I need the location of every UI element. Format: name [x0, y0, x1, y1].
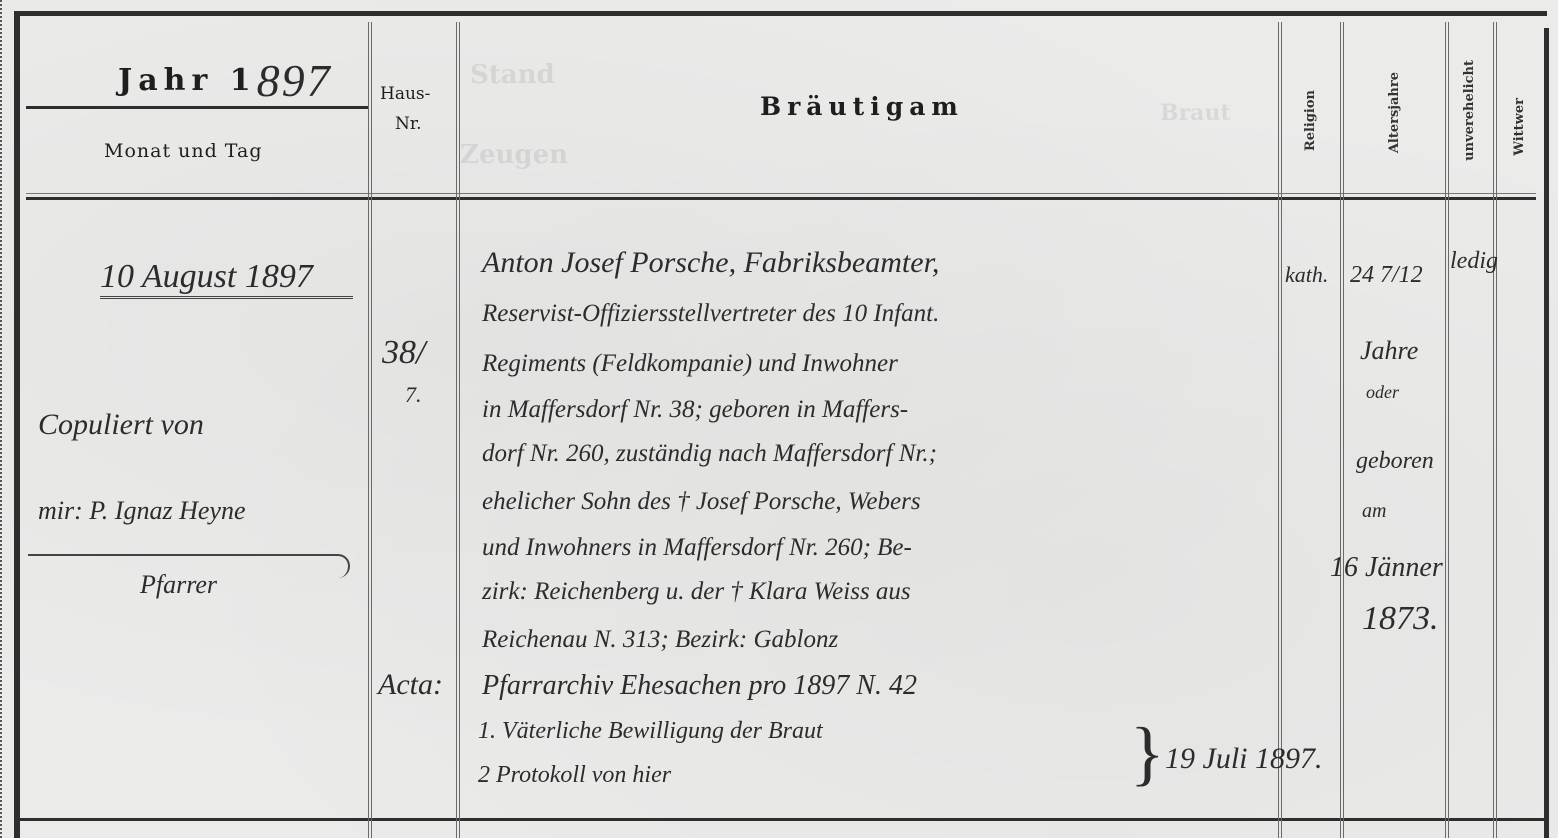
house-label-2: Nr. [395, 114, 422, 134]
col-divider-date [368, 22, 372, 838]
officiant-line-2: mir: P. Ignaz Heyne [38, 496, 245, 526]
groom-column-label: Bräutigam [760, 92, 964, 121]
age-line-2: oder [1366, 382, 1399, 403]
age-value: 24 7/12 [1350, 262, 1423, 289]
religion-label: Religion [1303, 90, 1318, 151]
top-border [17, 11, 1547, 16]
acta-item-2: 2 Protokoll von hier [478, 762, 671, 789]
status-value: ledig [1450, 248, 1498, 275]
groom-line-6: ehelicher Sohn des † Josef Porsche, Webe… [482, 488, 921, 516]
year-handwritten: 897 [257, 55, 332, 106]
age-line-6: 1873. [1362, 600, 1439, 638]
groom-line-5: dorf Nr. 260, zuständig nach Maffersdorf… [482, 440, 937, 468]
marriage-date: 10 August 1897 [100, 258, 353, 299]
age-line-3: geboren [1356, 448, 1434, 475]
officiant-line-1: Copuliert von [38, 408, 204, 442]
header-divider [26, 197, 1536, 200]
house-label-1: Haus- [380, 84, 430, 104]
widower-label: Wittwer [1512, 98, 1527, 156]
scan-edge [0, 0, 6, 838]
left-border [14, 11, 20, 838]
col-divider-age [1340, 22, 1344, 838]
date-column-label: Monat und Tag [104, 140, 263, 162]
year-heading: Jahr 1897 [118, 48, 332, 101]
groom-line-8: zirk: Reichenberg u. der † Klara Weiss a… [482, 578, 911, 606]
groom-line-1: Anton Josef Porsche, Fabriksbeamter, [482, 246, 939, 280]
ghost-text-stand: Stand [470, 60, 555, 90]
unmarried-label: unverehelicht [1462, 60, 1477, 161]
acta-item-1: 1. Väterliche Bewilligung der Braut [478, 718, 823, 745]
ghost-text-braut: Braut [1160, 100, 1231, 126]
groom-line-4: in Maffersdorf Nr. 38; geboren in Maffer… [482, 396, 908, 424]
groom-line-2: Reservist-Offiziersstellvertreter des 10… [482, 300, 939, 328]
acta-line: Pfarrarchiv Ehesachen pro 1897 N. 42 [482, 670, 917, 702]
age-label: Altersjahre [1387, 72, 1402, 153]
acta-brace: } [1130, 712, 1165, 795]
header-divider-thin [26, 193, 1536, 194]
register-page: Stand Zeugen Braut Jahr 1897 Monat und T… [0, 0, 1558, 838]
year-label: Jahr 1 [118, 63, 257, 98]
house-number-top: 38/ [382, 334, 425, 372]
age-line-4: am [1362, 500, 1386, 523]
officiant-line-3: Pfarrer [140, 570, 217, 600]
right-border [1544, 28, 1549, 838]
entry-bottom-border [17, 818, 1549, 821]
year-date-divider [26, 106, 369, 109]
acta-label: Acta: [378, 668, 443, 702]
house-number-bottom: 7. [405, 382, 422, 408]
col-divider-religion [1278, 22, 1282, 838]
groom-line-9: Reichenau N. 313; Bezirk: Gablonz [482, 626, 838, 654]
age-line-5: 16 Jänner [1330, 552, 1443, 584]
acta-date: 19 Juli 1897. [1165, 742, 1323, 776]
col-divider-widower [1493, 22, 1497, 838]
col-divider-unmarried [1445, 22, 1449, 838]
religion-value: kath. [1285, 262, 1328, 288]
ghost-text-zeugen: Zeugen [460, 140, 568, 170]
groom-line-7: und Inwohners in Maffersdorf Nr. 260; Be… [482, 534, 912, 562]
groom-line-3: Regiments (Feldkompanie) und Inwohner [482, 350, 898, 378]
age-line-1: Jahre [1360, 336, 1418, 366]
